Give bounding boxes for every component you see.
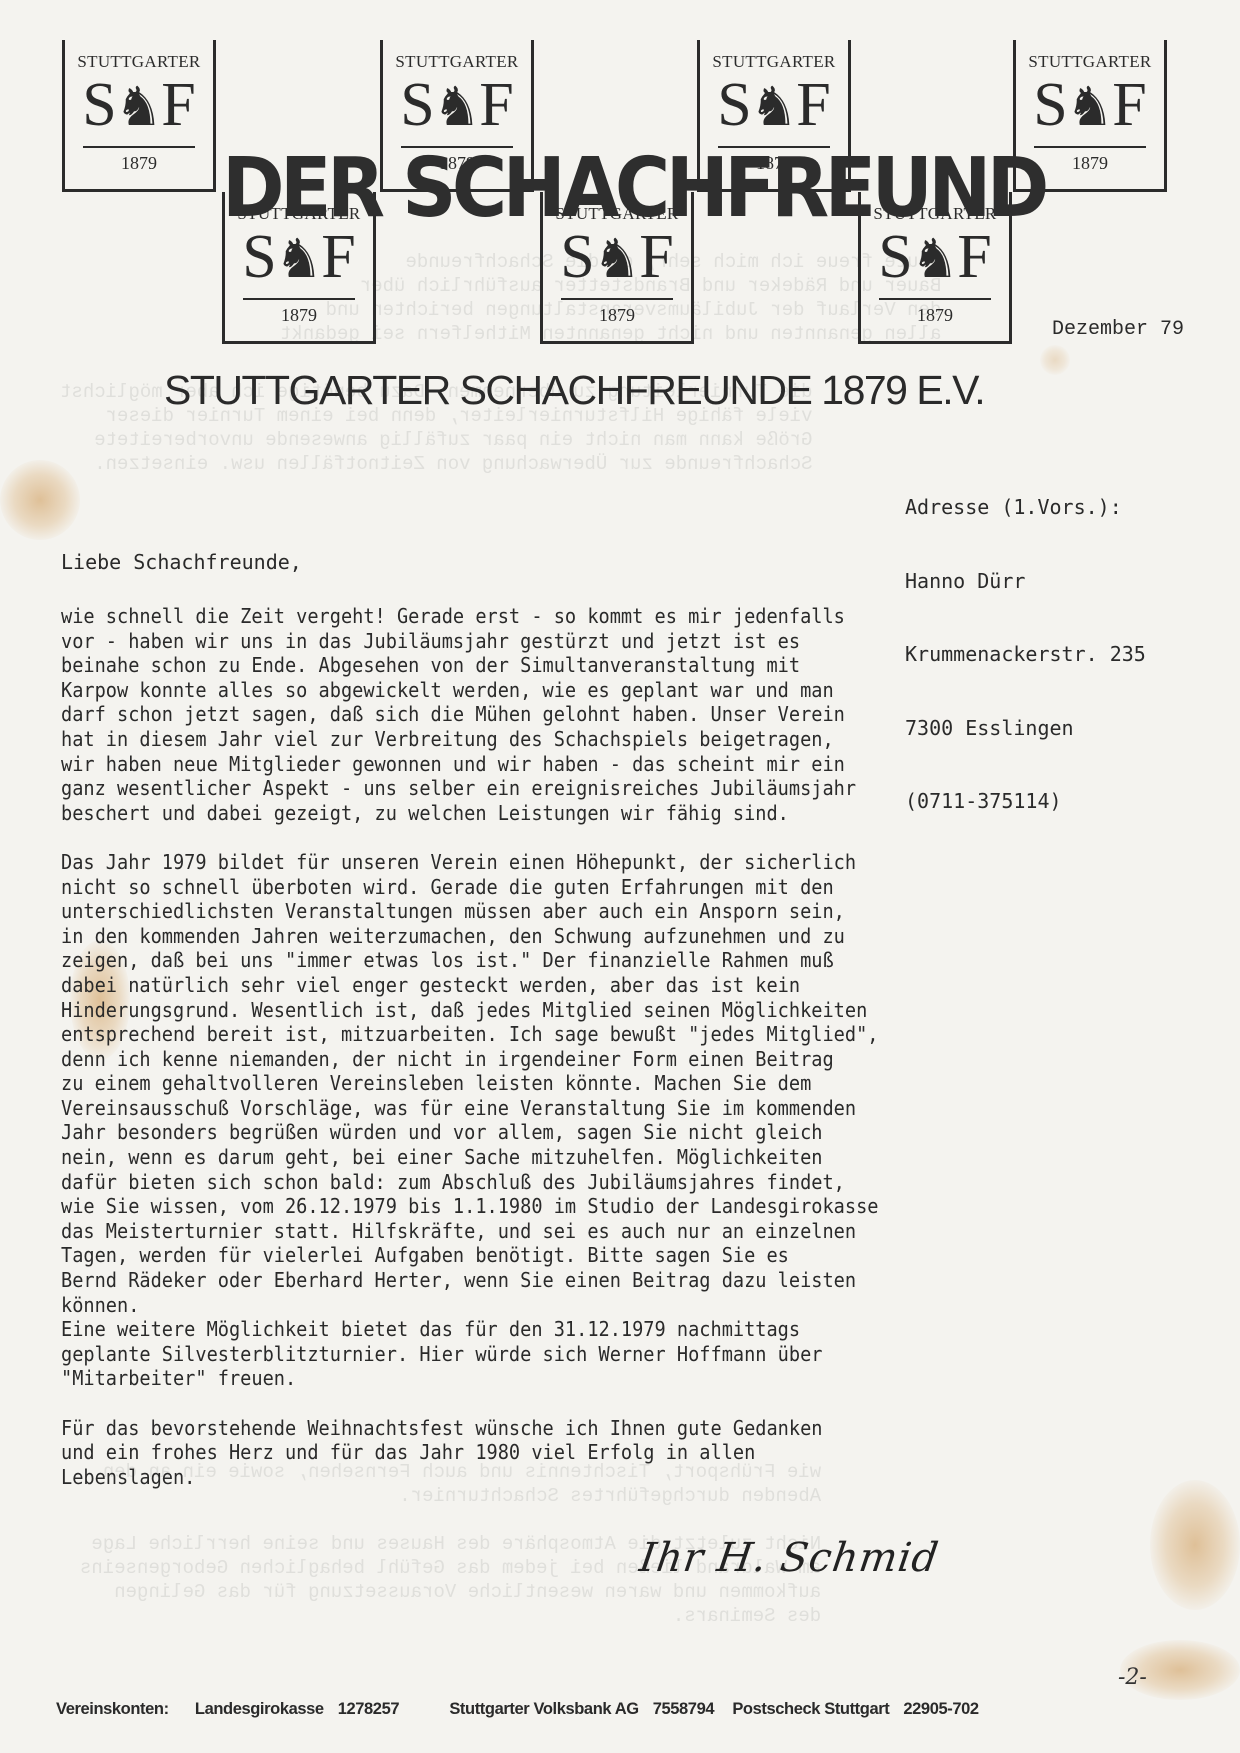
signature: Ihr H. Schmid [637,1535,942,1581]
letter-paragraph: wie schnell die Zeit vergeht! Gerade ers… [61,604,1131,825]
logo-year: 1879 [65,153,213,174]
logo-rule [83,146,195,148]
text-line: hat in diesem Jahr viel zur Verbreitung … [61,727,1131,752]
account-number: 7558794 [653,1700,714,1718]
text-line: Karpow konnte alles so abgewickelt werde… [61,678,1131,703]
text-line: dafür bieten sich schon bald: zum Abschl… [61,1170,1131,1195]
text-line: können. [61,1293,1131,1318]
chess-knight-icon: ♞ [433,78,481,136]
text-line: wir haben neue Mitglieder gewonnen und w… [61,752,1131,777]
chess-knight-icon: ♞ [115,78,163,136]
text-line: geplante Silvesterblitzturnier. Hier wür… [61,1342,1131,1367]
text-line: zu einem gehaltvolleren Vereinsleben lei… [61,1071,1131,1096]
text-line: Eine weitere Möglichkeit bietet das für … [61,1317,1131,1342]
letter-paragraph: Das Jahr 1979 bildet für unseren Verein … [61,850,1131,1317]
chess-knight-icon: ♞ [911,230,959,288]
text-line: wie Sie wissen, vom 26.12.1979 bis 1.1.1… [61,1194,1131,1219]
text-line: dabei natürlich sehr viel enger gesteckt… [61,973,1131,998]
coffee-stain [1150,1480,1240,1610]
text-line: Lebenslagen. [61,1465,1131,1490]
club-logo: STUTTGARTER S♞F 1879 [62,40,216,192]
text-line: nicht so schnell überboten wird. Gerade … [61,875,1131,900]
text-line: denn ich kenne niemanden, der nicht in i… [61,1047,1131,1072]
text-line: das Meisterturnier statt. Hilfskräfte, u… [61,1219,1131,1244]
text-line: Hinderungsgrund. Wesentlich ist, daß jed… [61,998,1131,1023]
text-line: Jahr besonders begrüßen würden und vor a… [61,1120,1131,1145]
text-line: vor - haben wir uns in das Jubiläumsjahr… [61,629,1131,654]
text-line: wie schnell die Zeit vergeht! Gerade ers… [61,604,1131,629]
text-line: ganz wesentlicher Aspekt - uns selber ei… [61,776,1131,801]
text-line: nein, wenn es darum geht, bei einer Sach… [61,1145,1131,1170]
text-line: entsprechend bereit ist, mitzuarbeiten. … [61,1022,1131,1047]
text-line: Bernd Rädeker oder Eberhard Herter, wenn… [61,1268,1131,1293]
text-line: beschert und dabei gezeigt, zu welchen L… [61,801,1131,826]
bank-accounts-footer: Vereinskonten: Landesgirokasse1278257 St… [56,1700,993,1719]
text-line: Vereinsausschuß Vorschläge, was für eine… [61,1096,1131,1121]
newsletter-title: DER SCHACHFREUND [222,150,949,228]
text-line: in den kommenden Jahren weiterzumachen, … [61,924,1131,949]
account-bank: Postscheck Stuttgart [732,1700,889,1718]
address-label: Adresse (1.Vors.): [905,495,1146,520]
text-line: beinahe schon zu Ende. Abgesehen von der… [61,653,1131,678]
text-line: "Mitarbeiter" freuen. [61,1366,1131,1391]
account-number: 22905-702 [903,1700,978,1718]
chess-knight-icon: ♞ [1066,78,1114,136]
account-bank: Stuttgarter Volksbank AG [449,1700,638,1718]
issue-date: Dezember 79 [1052,318,1184,341]
letter-paragraph: Für das bevorstehende Weihnachtsfest wün… [61,1416,1131,1490]
logo-city: STUTTGARTER [65,52,213,72]
page-number: -2- [1118,1665,1147,1690]
letter-body: wie schnell die Zeit vergeht! Gerade ers… [61,604,1131,1514]
account-bank: Landesgirokasse [195,1700,324,1718]
address-name: Hanno Dürr [905,569,1146,594]
text-line: Für das bevorstehende Weihnachtsfest wün… [61,1416,1131,1441]
letter-paragraph: Eine weitere Möglichkeit bietet das für … [61,1317,1131,1391]
logo-monogram: S♞F [65,74,213,136]
text-line: Das Jahr 1979 bildet für unseren Verein … [61,850,1131,875]
chess-knight-icon: ♞ [593,230,641,288]
account-number: 1278257 [338,1700,399,1718]
chess-knight-icon: ♞ [750,78,798,136]
coffee-stain [1040,345,1070,375]
text-line: und ein frohes Herz und für das Jahr 198… [61,1440,1131,1465]
text-line: Tagen, werden für vielerlei Aufgaben ben… [61,1243,1131,1268]
text-line: zeigen, daß bei uns "immer etwas los ist… [61,948,1131,973]
chess-knight-icon: ♞ [275,230,323,288]
club-name: STUTTGARTER SCHACHFREUNDE 1879 E.V. [164,367,984,414]
salutation: Liebe Schachfreunde, [61,550,302,574]
text-line: unterschiedlichsten Veranstaltungen müss… [61,899,1131,924]
footer-label: Vereinskonten: [56,1700,169,1718]
text-line: darf schon jetzt sagen, daß sich die Müh… [61,702,1131,727]
